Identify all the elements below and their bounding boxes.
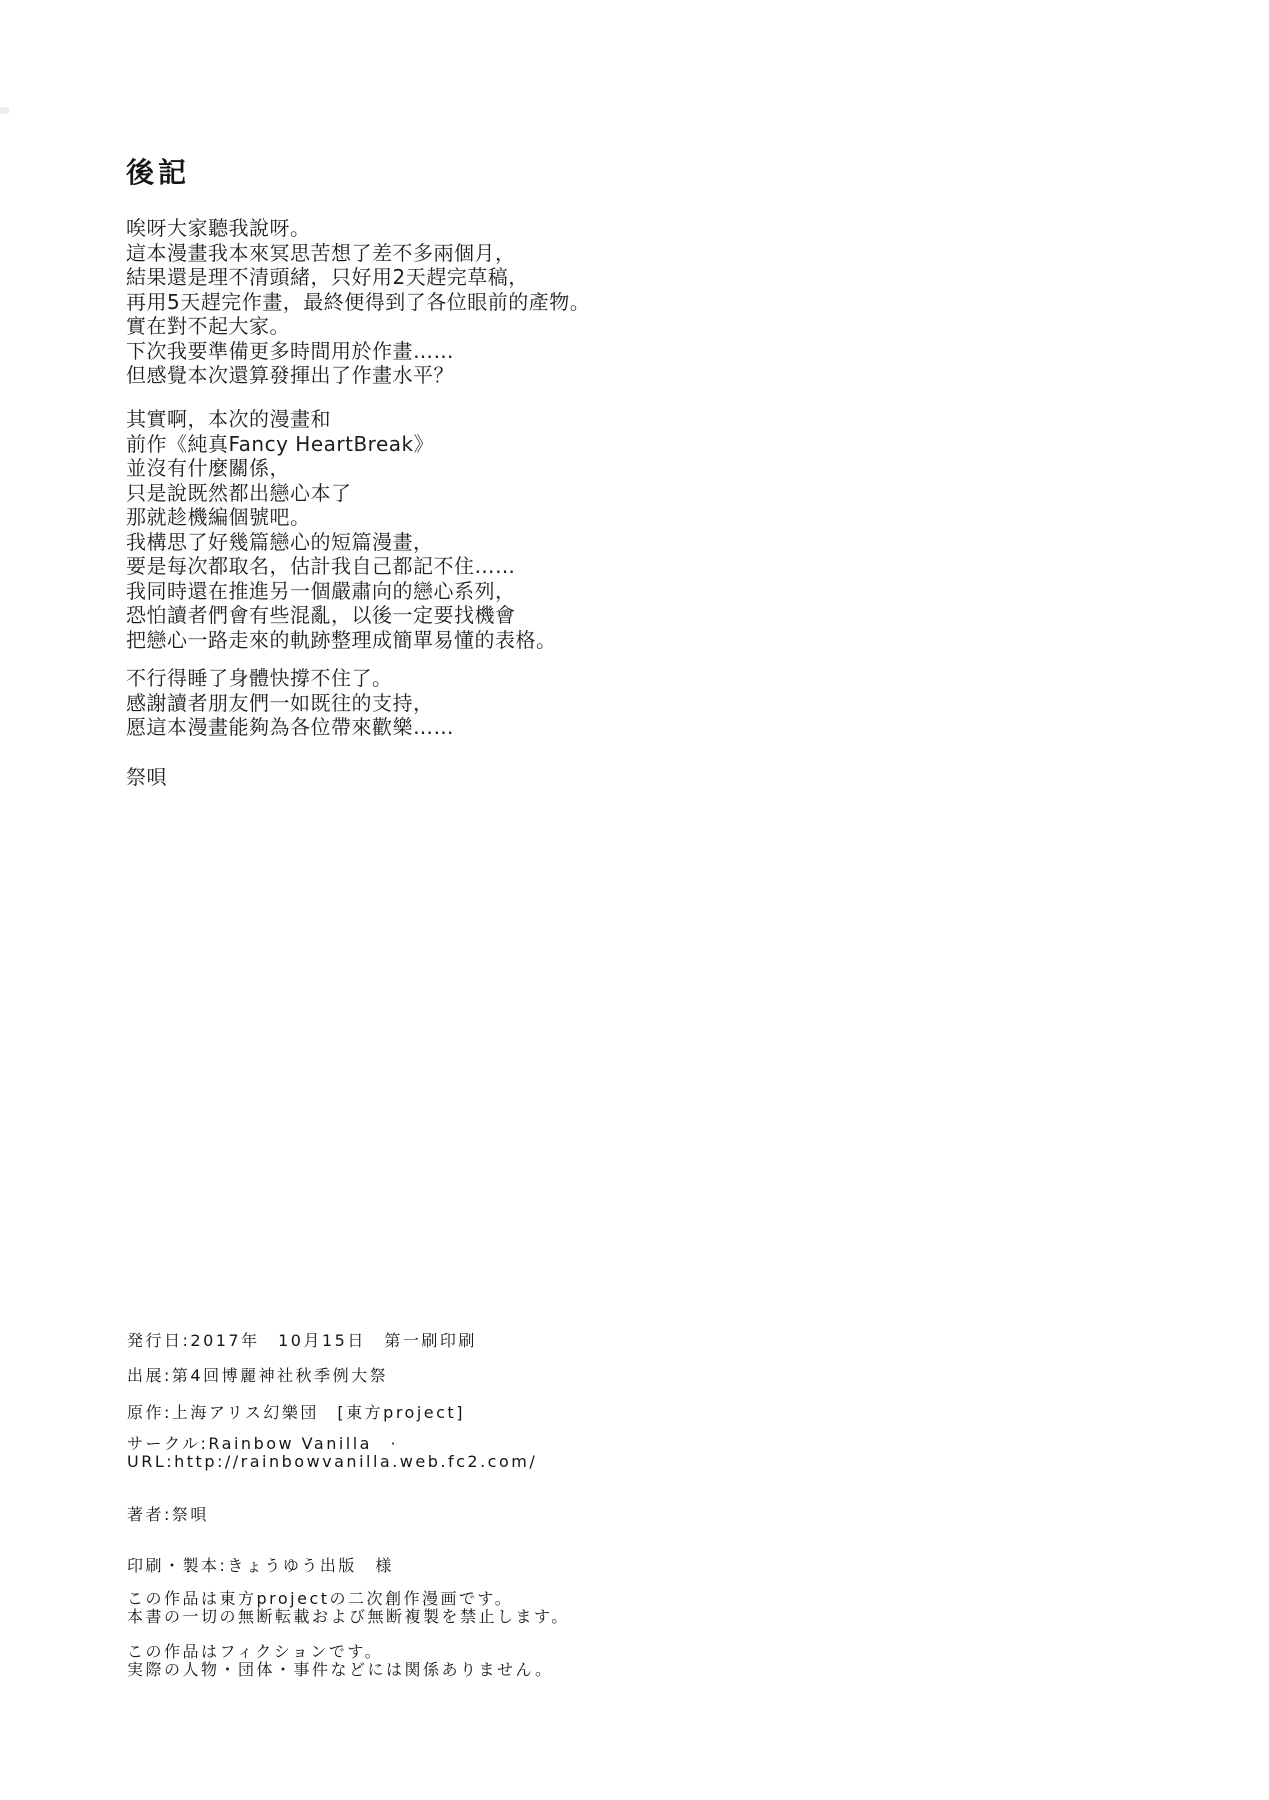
- afterword-title: 後記: [126, 156, 190, 190]
- colophon-copyright-notice: この作品は東方projectの二次創作漫画です。 本書の一切の無断転載および無断…: [127, 1590, 570, 1627]
- colophon-original-work: 原作:上海アリス幻樂団 [東方project]: [127, 1403, 465, 1423]
- scan-artifact: [0, 107, 9, 114]
- colophon-author: 著者:祭唄: [127, 1505, 209, 1525]
- colophon-circle-and-url: サークル:Rainbow Vanilla · URL:http://rainbo…: [127, 1435, 537, 1472]
- colophon-publish-date: 発行日:2017年 10月15日 第一刷印刷: [127, 1331, 477, 1351]
- colophon-fiction-notice: この作品はフィクションです。 実際の人物・団体・事件などには関係ありません。: [127, 1643, 553, 1680]
- colophon-printer: 印刷・製本:きょうゆう出版 様: [127, 1556, 394, 1576]
- afterword-paragraph-2: 其實啊，本次的漫畫和 前作《純真Fancy HeartBreak》 並沒有什麼關…: [126, 407, 557, 652]
- colophon-event: 出展:第4回博麗神社秋季例大祭: [127, 1366, 388, 1386]
- author-signature: 祭唄: [126, 765, 167, 790]
- afterword-paragraph-1: 唉呀大家聽我說呀。 這本漫畫我本來冥思苦想了差不多兩個月， 結果還是理不清頭緒，…: [126, 216, 590, 388]
- doujin-afterword-page: 後記 唉呀大家聽我說呀。 這本漫畫我本來冥思苦想了差不多兩個月， 結果還是理不清…: [0, 0, 1269, 1800]
- afterword-paragraph-3: 不行得睡了身體快撐不住了。 感謝讀者朋友們一如既往的支持， 愿這本漫畫能夠為各位…: [126, 666, 454, 740]
